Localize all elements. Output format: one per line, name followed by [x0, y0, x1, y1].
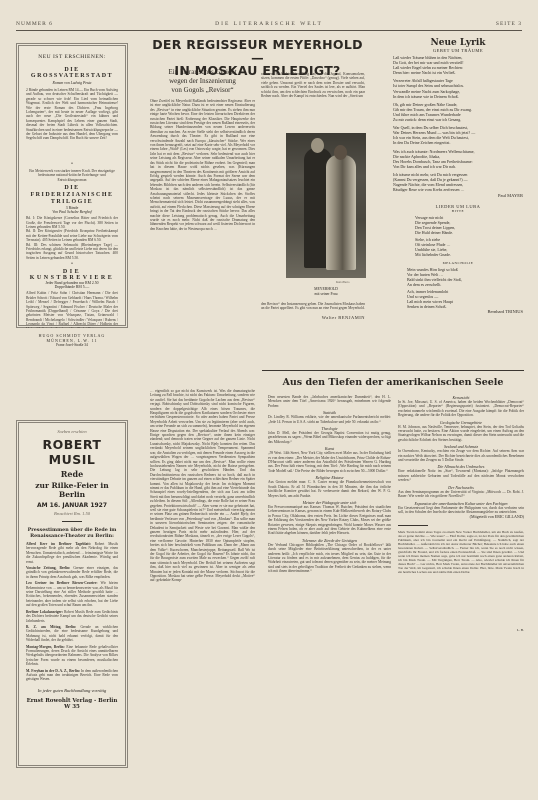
article-america-col1: Dem neuesten Bande des „Jahrbuches ameri…	[268, 395, 391, 574]
section-text: Der Verband Chicagoer Bibliophilen „The …	[268, 543, 391, 574]
photo-credit: Kurt-Photo	[336, 280, 350, 284]
publisher-rowohlt: Ernst Rowohlt Verlag - Berlin W 35	[26, 698, 118, 710]
article-body-part1: Ohne Zweifel ist Meyerhold Rußlands bede…	[150, 99, 255, 389]
ad-hugo-schmidt-verlag: NEU IST ERSCHIENEN: DIE GROSSVATERSTADT …	[16, 43, 128, 328]
press-quotes: Alfred Kerr im Berliner Tageblatt: Rober…	[26, 542, 118, 800]
quote-text: Wir hörten Bekenntnisse von … um so beme…	[26, 581, 118, 607]
article-america-headline: Aus den Tiefen der amerikanischen Seele	[262, 377, 524, 388]
section-text: Dr. Lindley R. Williams erklärte, wie de…	[268, 415, 391, 424]
book3-double-price: Doppelbände RM 5.—	[26, 285, 118, 289]
poem-line: Räudiger Reue wie vom Krebs zerfressen …	[393, 187, 523, 192]
book2-volume-2: Bd. II: Der Königsrufer (Friedrich Kronp…	[26, 229, 118, 242]
quote-source: Berliner Lokalanzeiger:	[26, 610, 63, 614]
press-quote: Leo Greiner im Berliner Börsen-Courier: …	[26, 581, 118, 607]
quote-source: Alfred Kerr im Berliner Tageblatt:	[26, 542, 91, 546]
section-text: „59 West. 14th Street, New York City, st…	[268, 451, 391, 473]
section-text: In St. Joe, Missouri, U. S. of America, …	[398, 400, 524, 418]
book-price: Broschiert Rm. 1.50	[26, 511, 118, 516]
section-text: Aus dem Seminarprogramm an der Universit…	[398, 490, 524, 499]
book-title-friderizianische-trilogie: DIE FRIDERIZIANISCHE TRILOGIE	[26, 185, 118, 206]
newspaper-page: NUMMER 6 DIE LITERARISCHE WELT SEITE 3 N…	[0, 0, 538, 800]
quote-source: Vossische Zeitung, Berlin:	[26, 566, 70, 570]
photo-caption-sub: mit seiner Frau	[286, 292, 366, 296]
ad-kicker: Soeben erschien	[26, 429, 118, 434]
book2-volume-1: Bd. I: Die Königskerze (Cornelius Ritter…	[26, 216, 118, 229]
article-meyerhold-col1: Ein literarisches Gericht wegen der Insz…	[150, 68, 255, 724]
photo-head-man	[311, 138, 324, 153]
poem2-author: Bernhard TRINIUS	[393, 309, 523, 314]
lecture-date: AM 16. JANUAR 1927	[26, 502, 118, 509]
article-body-tail: den Revisor“ den Instanzenweg gehen. Die…	[261, 302, 365, 311]
quote-source: B. Z. am Mittag, Berlin:	[26, 625, 76, 629]
poem-line: Mit lächelnder Gnade.	[415, 252, 523, 257]
poem2b-title: MELANCHOLIE	[393, 261, 523, 265]
book-subtitle: Roman von Ludwig Pesta	[26, 81, 118, 85]
poetry-section: Neue Lyrik GEBET UM TRÄUME Laß wieder Tr…	[393, 38, 523, 314]
deck-line-3: von Gogols „Revisor“	[150, 86, 255, 95]
article-meyerhold-tail: den Revisor“ den Instanzenweg gehen. Die…	[261, 302, 365, 320]
anecdote-divider	[398, 525, 428, 526]
section-text: Eine redaktionelle Notiz im „Star“, Town…	[398, 469, 524, 482]
bullet-divider: •	[26, 162, 118, 167]
divider	[62, 521, 82, 522]
poem1-body: Laß wieder Träume blühen in den Nächten,…	[393, 55, 523, 193]
article-america-col2: Kreuzsicht In St. Joe, Missouri, U. S. o…	[398, 395, 524, 632]
section-text: Aus Groton meldet man: C. S. Caster erra…	[268, 480, 391, 498]
ad-robert-musil-rede: Soeben erschien ROBERT MUSIL Rede zur Ri…	[16, 420, 128, 768]
poetry-heading: Neue Lyrik	[393, 38, 523, 48]
title-line-2: zur Rilke-Feier in Berlin	[26, 481, 118, 499]
photo-caption-name: MEYERHOLD	[286, 287, 366, 291]
deck-line-1: Ein literarisches Gericht	[150, 68, 255, 77]
article-body-part2: … eigentlich so gar nicht das Kunstwerk …	[150, 389, 255, 724]
section-divider	[262, 370, 524, 371]
poem2a-title: BITTE	[393, 209, 523, 213]
contributor-note: (Mitgeteilt von ERIC GILLAND)	[398, 514, 524, 519]
book2-author: Von Paul Schulze Berghof	[26, 210, 118, 214]
book-title-kunstbreviere: DIE KUNSTBREVIERE	[26, 269, 118, 281]
publisher-address: Franz-Josef-Straße 34	[26, 343, 118, 347]
article-body-col2: rationen, Racheakte. Vom Rang hat, wo di…	[261, 72, 365, 102]
press-quote: M. Freyhan in der D. A. Z., Berlin: In d…	[26, 669, 118, 682]
photo-head-woman	[334, 145, 347, 160]
ad-kicker: NEU IST ERSCHIENEN:	[26, 54, 118, 60]
quote-source: Montag-Morgen, Berlin:	[26, 645, 65, 649]
poem1-author: Paul MAYER	[393, 193, 523, 198]
deck-line-2: wegen der Inszenierung	[150, 77, 255, 86]
poem2a-body: Versage mir nicht Die segnende Spende, D…	[393, 215, 523, 257]
article-meyerhold-col2: rationen, Racheakte. Vom Rang hat, wo di…	[261, 72, 365, 102]
headline-line-1: DER REGISSEUR MEYERHOLD —	[150, 38, 365, 64]
book-title-grossvaterstadt: DIE GROSSVATERSTADT	[26, 67, 118, 79]
quote-source: Leo Greiner im Berliner Börsen-Courier:	[26, 581, 98, 585]
press-heading: Pressestimmen über die Rede im Renaissan…	[26, 527, 118, 539]
section-text: Ein Gesetzentwurf liegt dem Parlamente d…	[398, 506, 524, 515]
book3-artist-list: Alfred Kubin / Fritz Sohn / Christian He…	[26, 291, 118, 328]
poem2b-body: Mein wundes Hirn liegt so bloß Vor der h…	[393, 267, 523, 309]
bullet-divider: •	[26, 262, 118, 267]
masthead-title: DIE LITERARISCHE WELT	[16, 21, 522, 27]
page-number: SEITE 3	[496, 21, 522, 27]
article-america: Aus den Tiefen der amerikanischen Seele	[262, 377, 524, 388]
section-text: John D. Mell, der Präsident der Georgia …	[268, 431, 391, 444]
press-quote: Montag-Morgen, Berlin: Eine bekannte Red…	[26, 645, 118, 667]
book2-intro: Ein Meisterwerk von starker innerer Kraf…	[26, 169, 118, 182]
photo-figure-woman	[326, 155, 356, 270]
mark-twain-anecdote: Mark Twain kommt eines Tages zu einem Ne…	[398, 530, 524, 628]
press-quote: Alfred Kerr im Berliner Tageblatt: Rober…	[26, 542, 118, 564]
press-quote: Berliner Lokalanzeiger: Robert Musils Re…	[26, 610, 118, 623]
section-text: In Owensboro, Kentucky, erschien ein Zeu…	[398, 449, 524, 462]
section-title-expansion: Expansion der amerikanischen Kultur unte…	[398, 501, 524, 506]
article-intro: Dem neuesten Bande des „Jahrbuches ameri…	[268, 395, 391, 408]
author-byline: Walter BENJAMIN	[261, 315, 365, 320]
section-text: H. M. Johnson, aus Nashville, Tennessee,…	[398, 425, 524, 443]
anecdote-signature: L. B.	[398, 628, 524, 632]
poem1-title: GEBET UM TRÄUME	[393, 48, 523, 53]
press-quote: B. Z. am Mittag, Berlin: Gerade an wirkl…	[26, 625, 118, 643]
press-quote: Vossische Zeitung, Berlin: Grenze einer …	[26, 566, 118, 579]
book-description: 2 Bände gebunden in Leinen RM 14.— Ein B…	[26, 88, 118, 160]
section-text: Ein Pressecommuniqué aus Kansas: Thomas …	[268, 505, 391, 536]
bookshop-note: In jeder guten Buchhandlung vorrätig	[26, 688, 118, 693]
quote-source: M. Freyhan in der D. A. Z., Berlin:	[26, 669, 80, 673]
author-name: ROBERT MUSIL	[26, 437, 118, 467]
photo-meyerhold-and-wife	[286, 133, 366, 278]
page-header: NUMMER 6 DIE LITERARISCHE WELT SEITE 3	[16, 18, 522, 31]
book2-volume-3: Bd. III: Des schönen Sehnsucht (Rheinsbe…	[26, 243, 118, 261]
title-line-1: Rede	[26, 469, 118, 479]
